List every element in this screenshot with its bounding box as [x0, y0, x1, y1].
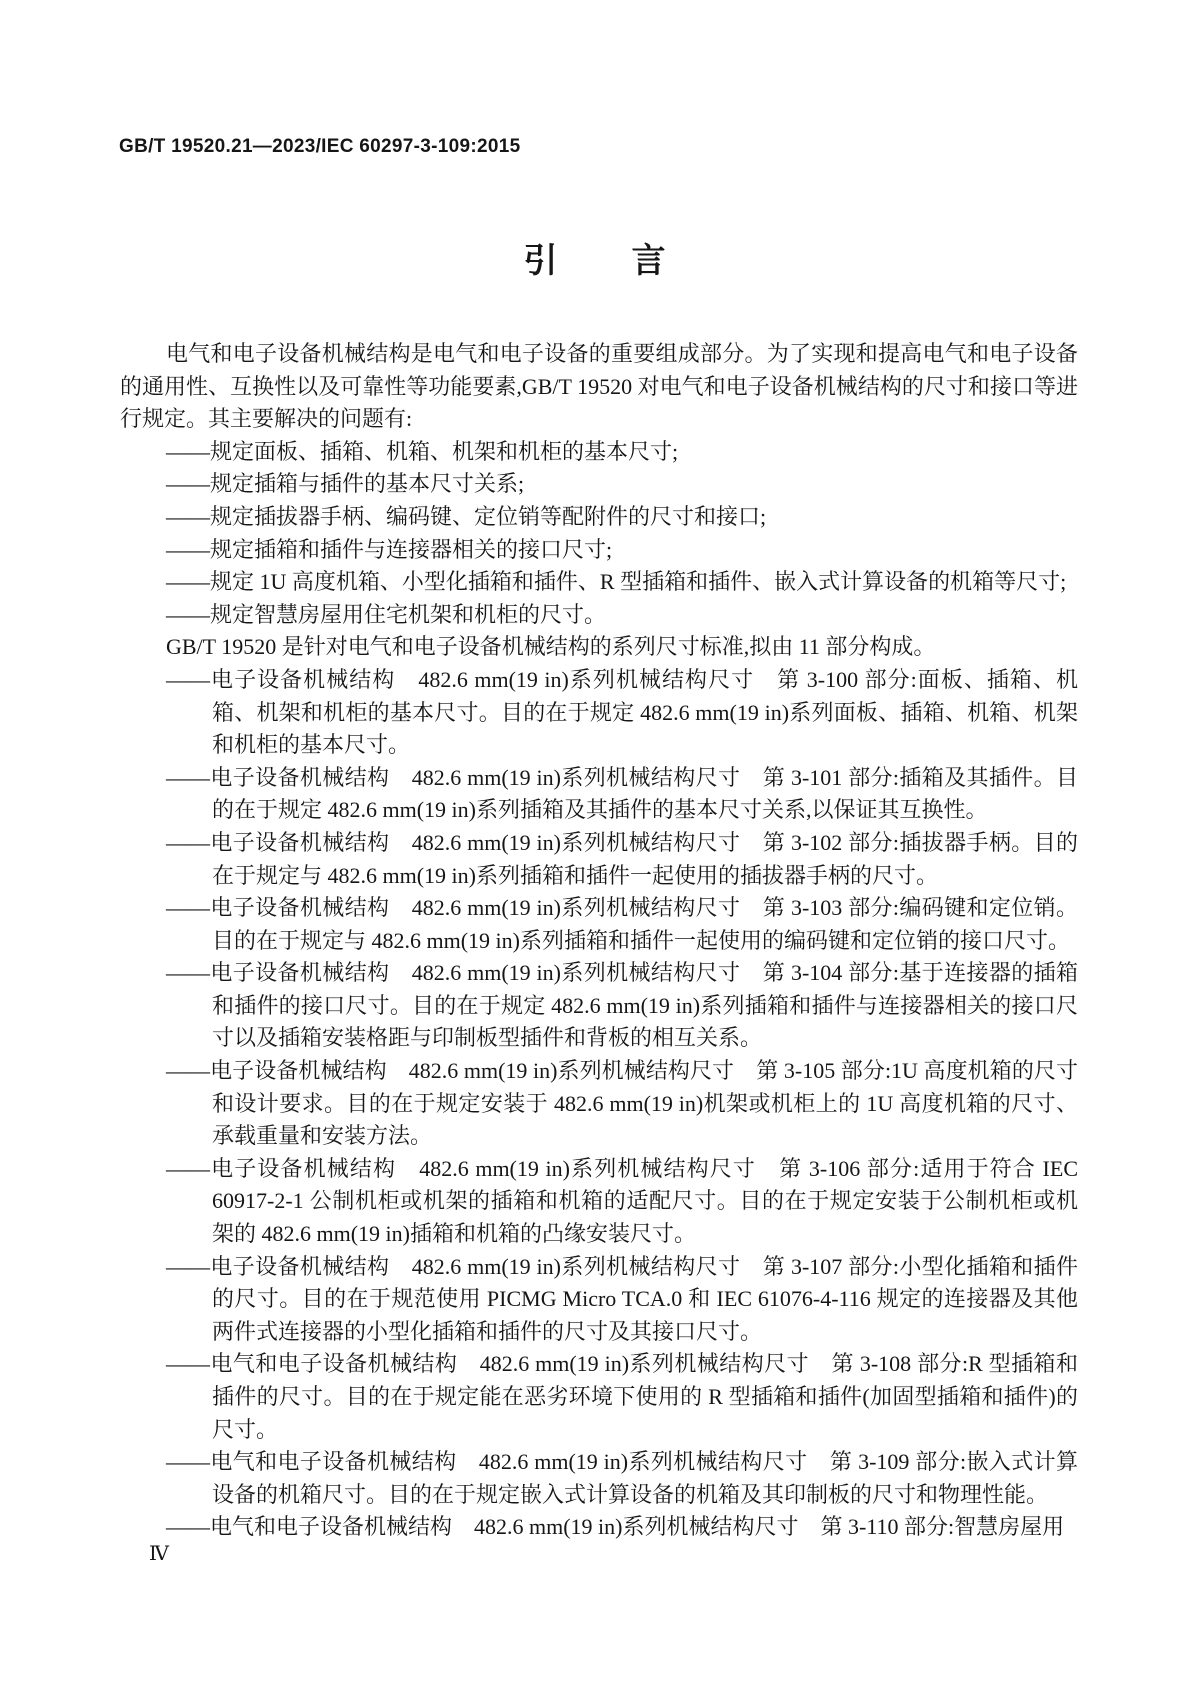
standard-number-header: GB/T 19520.21—2023/IEC 60297-3-109:2015	[119, 136, 520, 158]
document-body: 电气和电子设备机械结构是电气和电子设备的重要组成部分。为了实现和提高电气和电子设…	[120, 338, 1078, 1544]
page-number: Ⅳ	[149, 1541, 169, 1566]
list-item: ——电子设备机械结构 482.6 mm(19 in)系列机械结构尺寸 第 3-1…	[120, 1251, 1078, 1349]
list-item: ——电气和电子设备机械结构 482.6 mm(19 in)系列机械结构尺寸 第 …	[120, 1348, 1078, 1446]
list-item: ——电子设备机械结构 482.6 mm(19 in)系列机械结构尺寸 第 3-1…	[120, 827, 1078, 892]
list-item: ——电子设备机械结构 482.6 mm(19 in)系列机械结构尺寸 第 3-1…	[120, 892, 1078, 957]
list-item: ——电气和电子设备机械结构 482.6 mm(19 in)系列机械结构尺寸 第 …	[120, 1511, 1078, 1544]
list-item: ——规定 1U 高度机箱、小型化插箱和插件、R 型插箱和插件、嵌入式计算设备的机…	[120, 566, 1078, 599]
list-item: ——规定插箱和插件与连接器相关的接口尺寸;	[120, 534, 1078, 567]
list-item: ——电气和电子设备机械结构 482.6 mm(19 in)系列机械结构尺寸 第 …	[120, 1446, 1078, 1511]
series-paragraph: GB/T 19520 是针对电气和电子设备机械结构的系列尺寸标准,拟由 11 部…	[120, 631, 1078, 664]
list-item: ——电子设备机械结构 482.6 mm(19 in)系列机械结构尺寸 第 3-1…	[120, 1153, 1078, 1251]
list-item: ——电子设备机械结构 482.6 mm(19 in)系列机械结构尺寸 第 3-1…	[120, 664, 1078, 762]
list-item: ——电子设备机械结构 482.6 mm(19 in)系列机械结构尺寸 第 3-1…	[120, 1055, 1078, 1153]
list-item: ——规定插箱与插件的基本尺寸关系;	[120, 468, 1078, 501]
list-item: ——规定智慧房屋用住宅机架和机柜的尺寸。	[120, 599, 1078, 632]
intro-paragraph: 电气和电子设备机械结构是电气和电子设备的重要组成部分。为了实现和提高电气和电子设…	[120, 338, 1078, 436]
list-item: ——电子设备机械结构 482.6 mm(19 in)系列机械结构尺寸 第 3-1…	[120, 957, 1078, 1055]
list-item: ——规定面板、插箱、机箱、机架和机柜的基本尺寸;	[120, 436, 1078, 469]
list-item: ——电子设备机械结构 482.6 mm(19 in)系列机械结构尺寸 第 3-1…	[120, 762, 1078, 827]
page-title: 引 言	[0, 233, 1191, 282]
list-item: ——规定插拔器手柄、编码键、定位销等配附件的尺寸和接口;	[120, 501, 1078, 534]
document-page: GB/T 19520.21—2023/IEC 60297-3-109:2015 …	[0, 0, 1191, 1685]
